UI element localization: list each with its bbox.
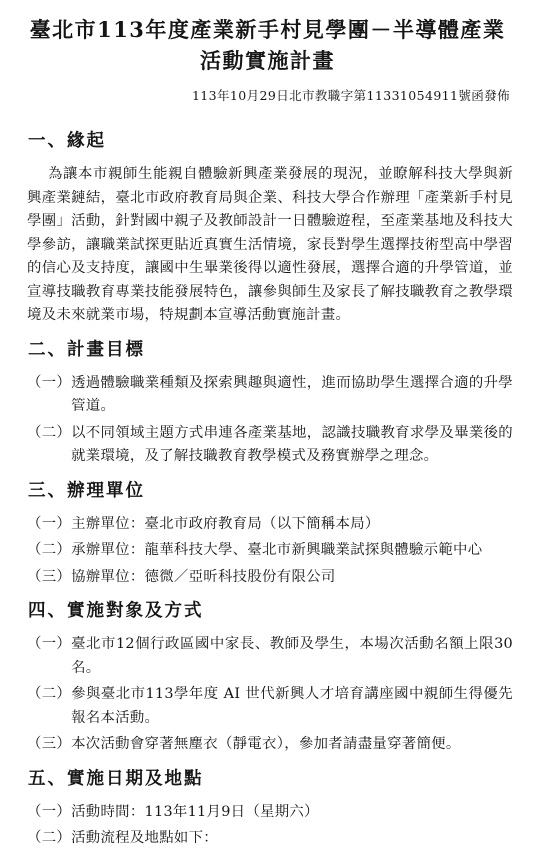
issuance-note: 113年10月29日北市教職字第11331054911號函發佈 — [0, 87, 535, 104]
item-marker: （二） — [27, 683, 71, 730]
origin-paragraph: 為讓本市親師生能親自體驗新興產業發展的現況，並瞭解科技大學與新興產業鏈結，臺北市… — [27, 163, 513, 328]
document-page: 臺北市113年度產業新手村見學團－半導體產業 活動實施計畫 113年10月29日… — [0, 0, 535, 851]
item-marker: （二） — [27, 422, 71, 469]
section-heading-date-location: 五、實施日期及地點 — [28, 768, 535, 790]
item-marker: （三） — [27, 566, 71, 590]
list-item: （二） 活動流程及地點如下： — [27, 827, 513, 851]
item-text: 參與臺北市113學年度 AI 世代新興人才培育講座國中親師生得優先報名本活動。 — [71, 683, 513, 730]
item-marker: （一） — [27, 513, 71, 537]
item-marker: （二） — [27, 827, 71, 851]
item-text: 透過體驗職業種類及探索興趣與適性，進而協助學生選擇合適的升學管道。 — [71, 372, 513, 419]
item-text: 主辦單位：臺北市政府教育局（以下簡稱本局） — [71, 513, 513, 537]
title-line-1: 臺北市113年度產業新手村見學團－半導體產業 — [0, 14, 535, 45]
item-text: 承辦單位：龍華科技大學、臺北市新興職業試探與體驗示範中心 — [71, 539, 513, 563]
list-item: （一） 活動時間：113年11月9日（星期六） — [27, 801, 513, 825]
item-marker: （三） — [27, 733, 71, 757]
item-text: 活動時間：113年11月9日（星期六） — [71, 801, 513, 825]
section-heading-organizers: 三、辦理單位 — [28, 480, 535, 502]
list-item: （一） 透過體驗職業種類及探索興趣與適性，進而協助學生選擇合適的升學管道。 — [27, 372, 513, 419]
item-text: 協辦單位：德微／亞昕科技股份有限公司 — [71, 566, 513, 590]
document-title: 臺北市113年度產業新手村見學團－半導體產業 活動實施計畫 — [0, 14, 535, 76]
list-item: （二） 承辦單位：龍華科技大學、臺北市新興職業試探與體驗示範中心 — [27, 539, 513, 563]
section-heading-participants: 四、實施對象及方式 — [28, 600, 535, 622]
section-heading-goals: 二、計畫目標 — [28, 339, 535, 361]
item-text: 臺北市12個行政區國中家長、教師及學生，本場次活動名額上限30名。 — [71, 633, 513, 680]
section-heading-origin: 一、緣起 — [28, 130, 535, 152]
item-marker: （一） — [27, 633, 71, 680]
item-text: 活動流程及地點如下： — [71, 827, 513, 851]
list-item: （一） 臺北市12個行政區國中家長、教師及學生，本場次活動名額上限30名。 — [27, 633, 513, 680]
title-line-2: 活動實施計畫 — [0, 45, 535, 76]
list-item: （二） 以不同領域主題方式串連各產業基地，認識技職教育求學及畢業後的就業環境，及… — [27, 422, 513, 469]
list-item: （三） 協辦單位：德微／亞昕科技股份有限公司 — [27, 566, 513, 590]
list-item: （三） 本次活動會穿著無塵衣（靜電衣），參加者請盡量穿著簡便。 — [27, 733, 513, 757]
item-marker: （一） — [27, 372, 71, 419]
item-marker: （一） — [27, 801, 71, 825]
list-item: （二） 參與臺北市113學年度 AI 世代新興人才培育講座國中親師生得優先報名本… — [27, 683, 513, 730]
list-item: （一） 主辦單位：臺北市政府教育局（以下簡稱本局） — [27, 513, 513, 537]
item-text: 以不同領域主題方式串連各產業基地，認識技職教育求學及畢業後的就業環境，及了解技職… — [71, 422, 513, 469]
item-text: 本次活動會穿著無塵衣（靜電衣），參加者請盡量穿著簡便。 — [71, 733, 513, 757]
item-marker: （二） — [27, 539, 71, 563]
